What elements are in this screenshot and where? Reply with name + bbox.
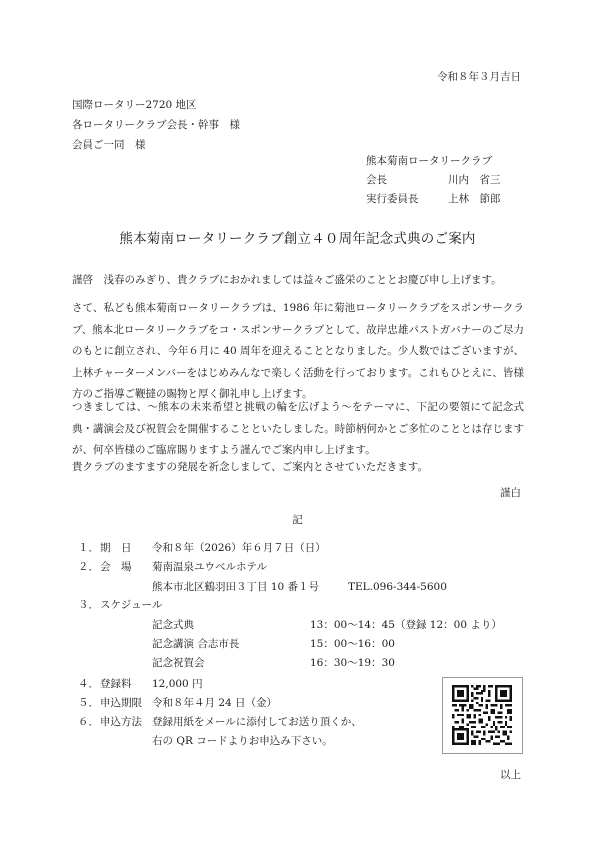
sender-role-president: 会長 [366,175,387,186]
sender-name-president: 川内 省三 [448,175,501,186]
venue-address: 熊本市北区鶴羽田３丁目 10 番１号 [152,582,319,593]
body-paragraph-3: 貴クラブのますますの発展を祈念しまして、ご案内とさせていただきます。 [72,457,524,479]
qr-code[interactable] [442,677,523,754]
ki-heading: 記 [0,515,595,526]
recipient-district: 国際ロータリー2720 地区 [72,100,197,111]
item-value-method: 登録用紙をメールに添付してお送り頂くか、 [152,717,362,728]
item-number: ２． [78,562,99,573]
greeting-paragraph: 謹啓 浅春のみぎり、貴クラブにおかれましては益々ご盛栄のこととお慶び申し上げます… [72,270,524,292]
closing-kinpaku: 謹白 [500,488,521,499]
body-paragraph-2: つきましては、～熊本の未来希望と挑戦の輪を広げよう～をテーマに、下記の要領にて記… [72,397,524,462]
item-value-deadline: 令和８年４月 24 日（金） [152,698,277,709]
item-label-schedule: スケジュール [100,600,162,611]
ending-ijo: 以上 [500,770,521,781]
item-number: １． [78,543,99,554]
item-number: ３． [78,600,99,611]
recipient-club-officers: 各ロータリークラブ会長・幹事 様 [72,120,240,131]
schedule-time: 16：30～19：30 [310,658,395,669]
document-date: 令和８年３月吉日 [437,72,521,83]
item-label-venue: 会 場 [100,562,132,573]
item-label-fee: 登録料 [100,679,132,690]
schedule-name: 記念式典 [152,620,194,631]
schedule-time: 15：00～16：00 [310,639,395,650]
item-number: ５． [78,698,99,709]
qr-code-icon [452,685,512,745]
item-label-method: 申込方法 [100,717,142,728]
item-number: ４． [78,679,99,690]
item-label-date: 期 日 [100,543,132,554]
item-label-deadline: 申込期限 [100,698,142,709]
sender-name-chair: 上林 節郎 [448,194,501,205]
recipient-members: 会員ご一同 様 [72,140,146,151]
document-title: 熊本菊南ロータリークラブ創立４０周年記念式典のご案内 [0,233,595,247]
item-value-date: 令和８年（2026）年６月７日（日） [152,543,326,554]
item-value-fee: 12,000 円 [152,679,203,690]
sender-club: 熊本菊南ロータリークラブ [366,156,492,167]
item-value-method-line2: 右の QR コードよりお申込み下さい。 [152,736,333,747]
item-value-venue: 菊南温泉ユウベルホテル [152,562,267,573]
schedule-name: 記念講演 合志市長 [152,639,239,650]
body-paragraph-1: さて、私ども熊本菊南ロータリークラブは、1986 年に菊池ロータリークラブをスポ… [72,298,524,406]
sender-role-chair: 実行委員長 [366,194,419,205]
schedule-time: 13：00～14：45（登録 12：00 より） [310,620,502,631]
venue-phone: TEL.096-344-5600 [348,582,447,593]
schedule-name: 記念祝賀会 [152,658,205,669]
item-number: ６． [78,717,99,728]
